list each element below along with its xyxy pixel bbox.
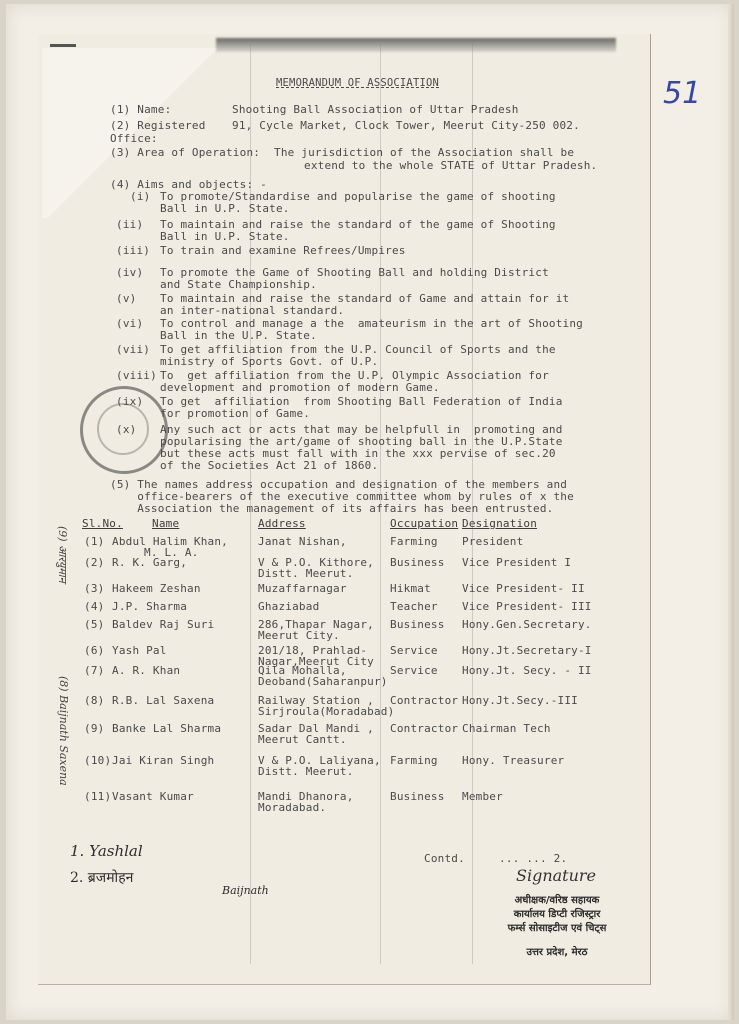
table-cell-name: R. K. Garg,	[112, 556, 187, 569]
table-cell-name: R.B. Lal Saxena	[112, 694, 214, 707]
officer-signature: Signature	[516, 866, 596, 885]
object-text: Ball in U.P. State.	[160, 202, 290, 215]
object-number: (vi)	[116, 317, 143, 330]
table-cell-address: Meerut Cantt.	[258, 733, 347, 746]
table-cell-sl: (10)	[84, 754, 111, 767]
table-cell-address: Distt. Meerut.	[258, 765, 354, 778]
table-cell-name: Baldev Raj Suri	[112, 618, 214, 631]
object-text: ministry of Sports Govt. of U.P.	[160, 355, 378, 368]
table-cell-sl: (2)	[84, 556, 104, 569]
seal-inner-ring	[97, 403, 149, 455]
table-cell-designation: Vice President I	[462, 556, 571, 569]
object-number: (vii)	[116, 343, 150, 356]
office-label: (2) Registered Office:	[110, 119, 230, 145]
table-cell-sl: (11)	[84, 790, 111, 803]
registrar-office-stamp: अधीक्षक/वरिष्ठ सहायक कार्यालय डिप्टी रजि…	[482, 894, 632, 960]
table-cell-occupation: Service	[390, 644, 438, 657]
table-cell-address: Muzaffarnagar	[258, 582, 347, 595]
object-number: (iii)	[116, 244, 150, 257]
object-number: (viii)	[116, 369, 157, 382]
table-cell-designation: Member	[462, 790, 503, 803]
table-cell-address: Ghaziabad	[258, 600, 319, 613]
stamp-line: फर्म्स सोसाइटीज एवं चिट्स	[482, 922, 632, 936]
table-cell-designation: Hony.Jt. Secy. - II	[462, 664, 592, 677]
office-value: 91, Cycle Market, Clock Tower, Meerut Ci…	[232, 119, 580, 132]
table-cell-occupation: Business	[390, 618, 445, 631]
table-cell-designation: Hony.Gen.Secretary.	[462, 618, 592, 631]
table-cell-designation: Hony. Treasurer	[462, 754, 564, 767]
table-cell-occupation: Business	[390, 556, 445, 569]
margin-dash	[50, 44, 76, 47]
table-cell-designation: President	[462, 535, 523, 548]
table-cell-sl: (4)	[84, 600, 104, 613]
table-cell-name: Yash Pal	[112, 644, 167, 657]
table-cell-occupation: Business	[390, 790, 445, 803]
table-cell-occupation: Service	[390, 664, 438, 677]
table-cell-sl: (5)	[84, 618, 104, 631]
object-text: development and promotion of modern Game…	[160, 381, 440, 394]
margin-note-a: (9) आरयुमान	[55, 526, 70, 583]
signature-1: 1. Yashlal	[70, 842, 143, 860]
table-cell-sl: (1)	[84, 535, 104, 548]
table-cell-designation: Vice President- III	[462, 600, 592, 613]
object-text: Ball in the U.P. State.	[160, 329, 317, 342]
table-cell-name: Vasant Kumar	[112, 790, 194, 803]
area-value-1: The jurisdiction of the Association shal…	[274, 146, 574, 159]
name-label: (1) Name:	[110, 103, 171, 116]
object-number: (iv)	[116, 266, 143, 279]
object-number: (v)	[116, 292, 136, 305]
table-header: Designation	[462, 517, 537, 530]
object-text: To train and examine Refrees/Umpires	[160, 244, 406, 257]
signature-2: 2. ब्रजमोहन	[70, 868, 133, 887]
stamp-line: अधीक्षक/वरिष्ठ सहायक	[482, 894, 632, 908]
object-number: (i)	[130, 190, 150, 203]
table-cell-occupation: Farming	[390, 535, 438, 548]
document-title: MEMORANDUM OF ASSOCIATION	[276, 77, 439, 90]
object-text: for promotion of Game.	[160, 407, 310, 420]
object-text: an inter-national standard.	[160, 304, 344, 317]
table-cell-address: Moradabad.	[258, 801, 326, 814]
table-cell-address: Janat Nishan,	[258, 535, 347, 548]
table-cell-address: Meerut City.	[258, 629, 340, 642]
table-cell-name: A. R. Khan	[112, 664, 180, 677]
table-header: Occupation	[390, 517, 458, 530]
stamp-line: कार्यालय डिप्टी रजिस्ट्रार	[482, 908, 632, 922]
table-cell-sl: (7)	[84, 664, 104, 677]
area-label: (3) Area of Operation:	[110, 146, 260, 159]
table-cell-designation: Hony.Jt.Secretary-I	[462, 644, 592, 657]
table-cell-sl: (8)	[84, 694, 104, 707]
table-cell-address: Deoband(Saharanpur)	[258, 675, 388, 688]
society-seal-stamp	[80, 386, 168, 474]
page-edge	[728, 4, 734, 1020]
table-cell-address: Sirjroula(Moradabad)	[258, 705, 394, 718]
table-cell-name: Jai Kiran Singh	[112, 754, 214, 767]
table-cell-occupation: Teacher	[390, 600, 438, 613]
section-5-line: Association the management of its affair…	[110, 502, 553, 515]
table-cell-address: Distt. Meerut.	[258, 567, 354, 580]
page-number: 51	[663, 76, 701, 111]
table-cell-sl: (6)	[84, 644, 104, 657]
table-cell-occupation: Hikmat	[390, 582, 431, 595]
table-cell-designation: Hony.Jt.Secy.-III	[462, 694, 578, 707]
document-page: MEMORANDUM OF ASSOCIATION 51 (1) Name: S…	[6, 4, 734, 1020]
table-cell-sl: (9)	[84, 722, 104, 735]
margin-note-b: (8) Baijnath Saxena	[57, 676, 70, 786]
toner-smear	[216, 38, 616, 52]
area-value-2: extend to the whole STATE of Uttar Prade…	[304, 159, 597, 172]
table-header: Address	[258, 517, 306, 530]
table-header: Sl.No.	[82, 517, 123, 530]
table-cell-name: Hakeem Zeshan	[112, 582, 201, 595]
table-cell-name: Banke Lal Sharma	[112, 722, 221, 735]
table-cell-designation: Chairman Tech	[462, 722, 551, 735]
table-cell-occupation: Farming	[390, 754, 438, 767]
table-cell-name: J.P. Sharma	[112, 600, 187, 613]
name-value: Shooting Ball Association of Uttar Prade…	[232, 103, 519, 116]
object-text: of the Societies Act 21 of 1860.	[160, 459, 378, 472]
table-cell-designation: Vice President- II	[462, 582, 585, 595]
continued-note: Contd. ... ... 2.	[424, 852, 567, 865]
object-text: and State Championship.	[160, 278, 317, 291]
stamp-line: उत्तर प्रदेश, मेरठ	[482, 946, 632, 960]
table-header: Name	[152, 517, 179, 530]
object-text: Ball in U.P. State.	[160, 230, 290, 243]
object-number: (ii)	[116, 218, 143, 231]
table-cell-occupation: Contractor	[390, 694, 458, 707]
table-cell-sl: (3)	[84, 582, 104, 595]
table-cell-occupation: Contractor	[390, 722, 458, 735]
signature-3: Baijnath	[222, 884, 269, 897]
